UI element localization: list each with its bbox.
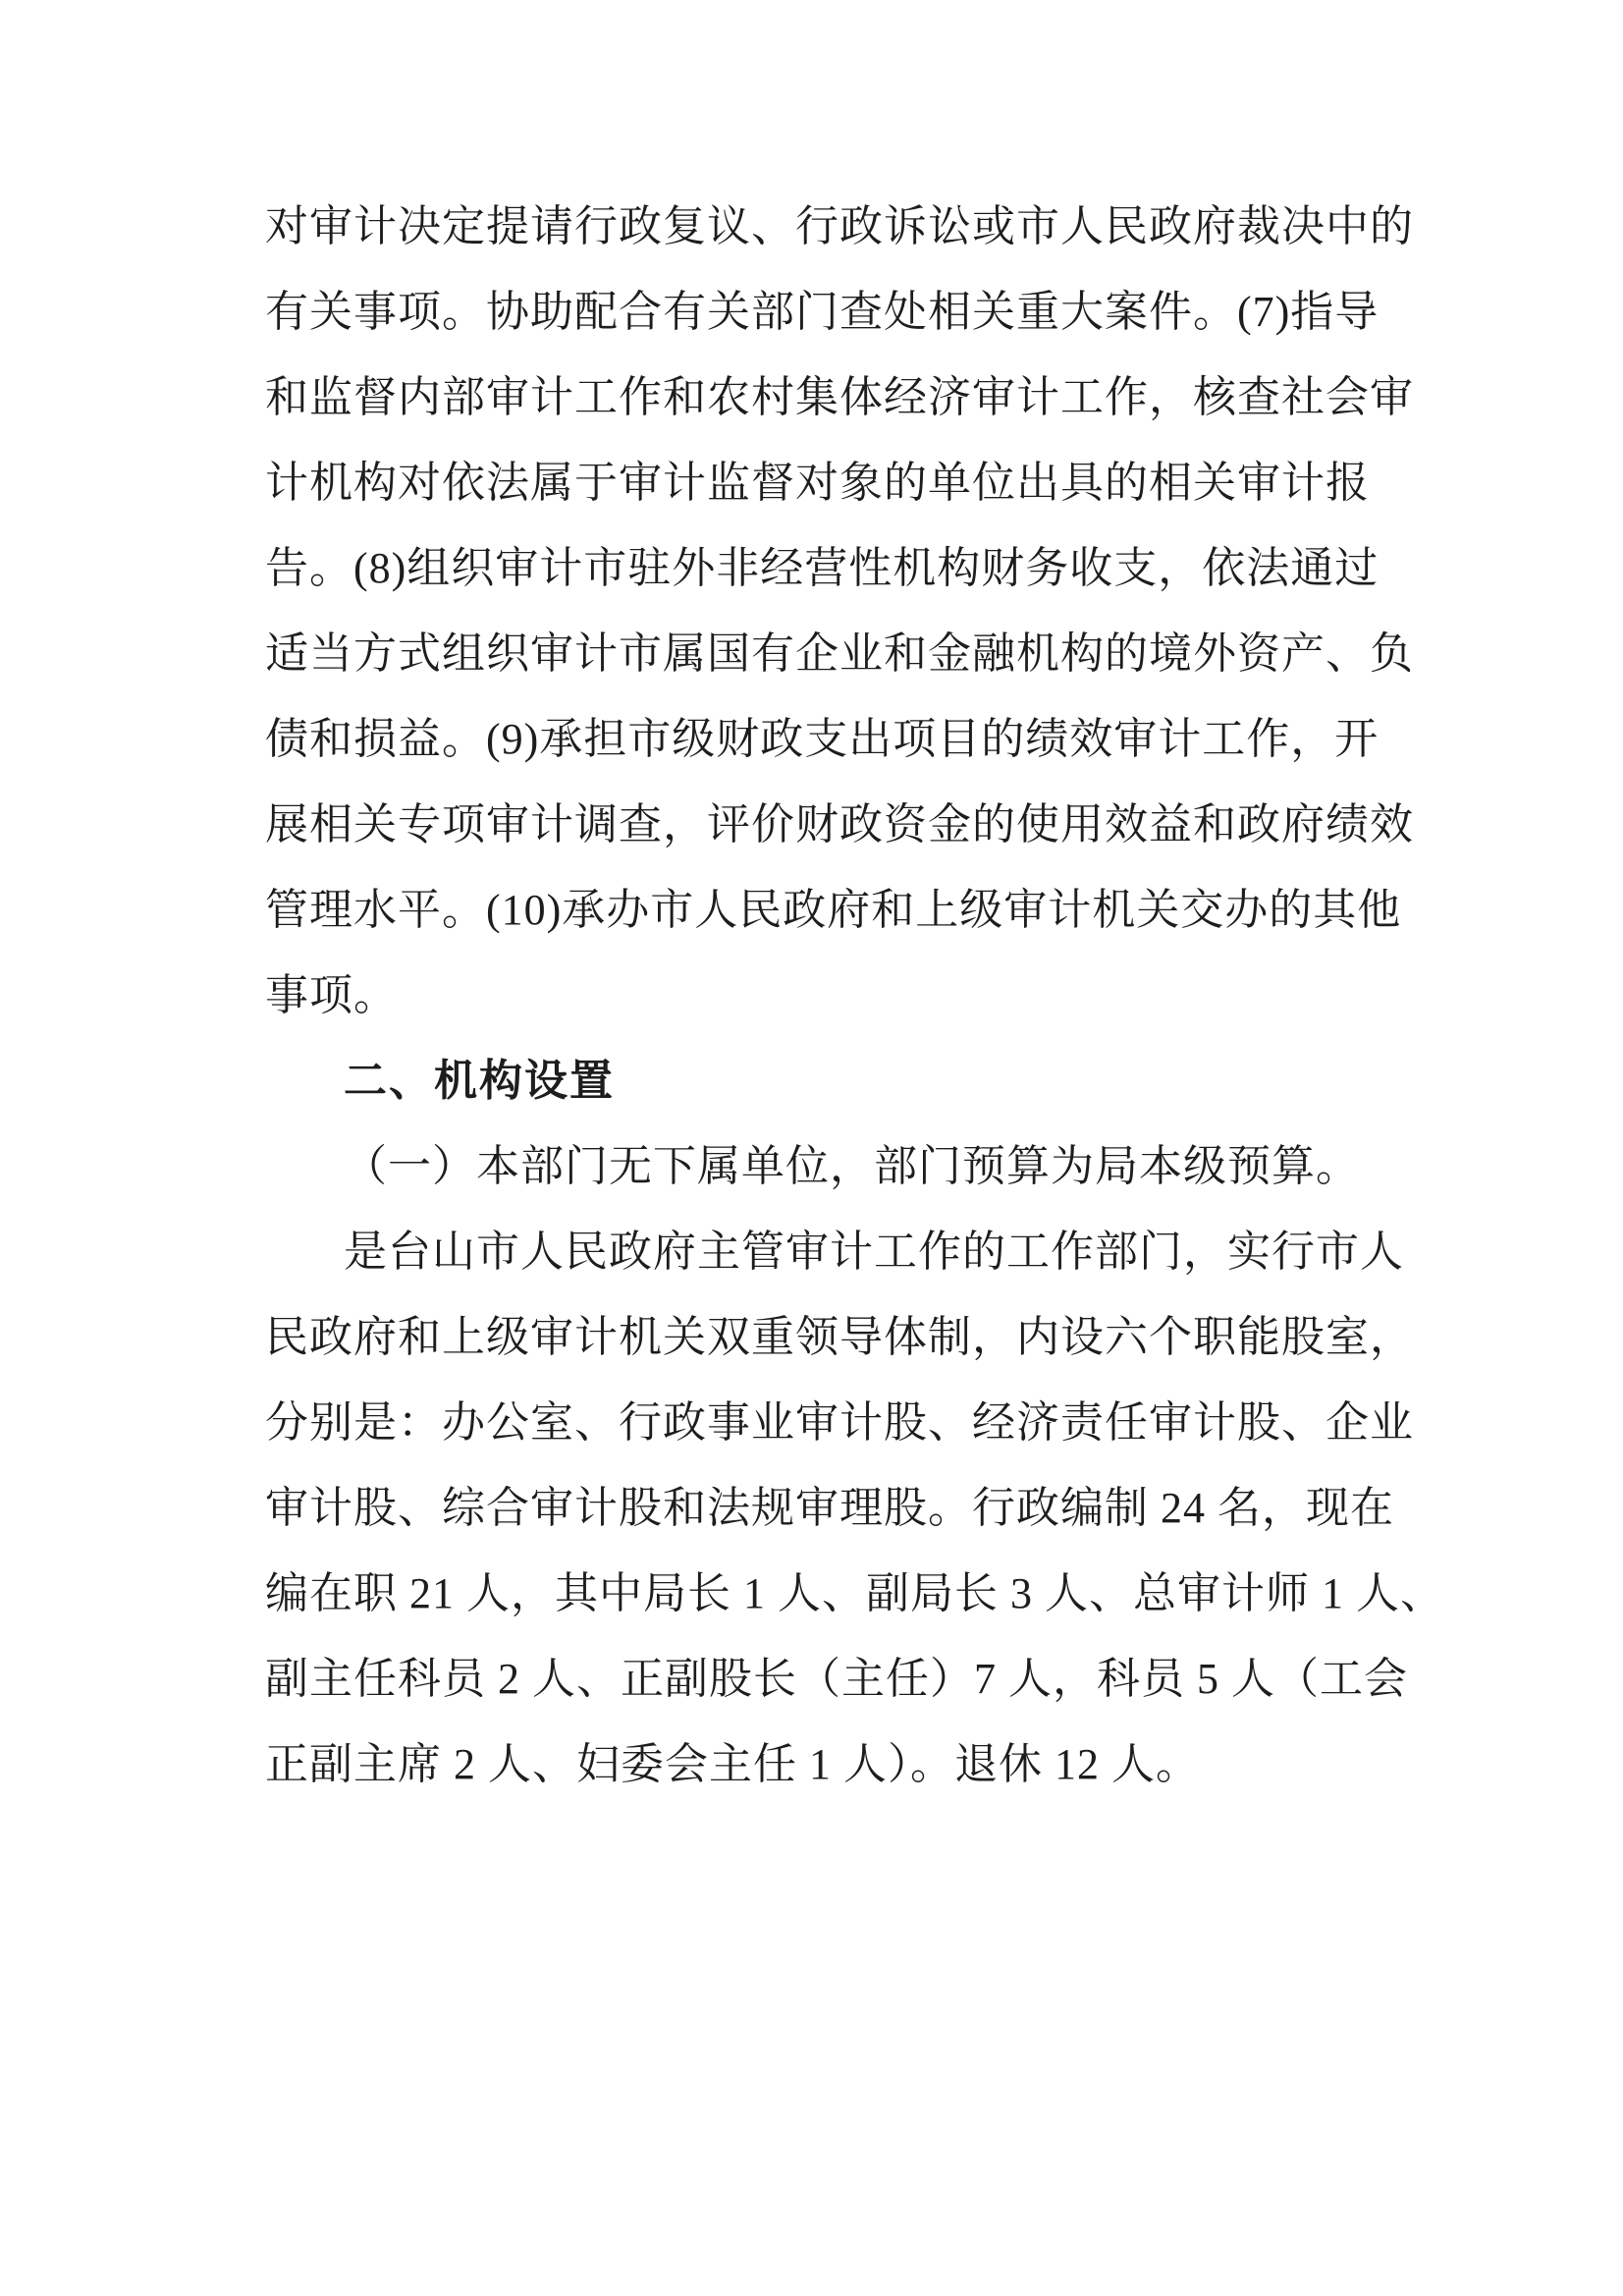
body-text-line: 是台山市人民政府主管审计工作的工作部门，实行市人 [265, 1209, 1404, 1294]
document-body: 对审计决定提请行政复议、行政诉讼或市人民政府裁决中的 有关事项。协助配合有关部门… [265, 184, 1404, 1807]
body-text-line: 和监督内部审计工作和农村集体经济审计工作，核查社会审 [265, 355, 1404, 440]
body-text-line: 正副主席 2 人、妇委会主任 1 人）。退休 12 人。 [265, 1722, 1404, 1807]
body-text-line: 有关事项。协助配合有关部门查处相关重大案件。(7)指导 [265, 269, 1404, 355]
body-text-line: 副主任科员 2 人、正副股长（主任）7 人，科员 5 人（工会 [265, 1636, 1404, 1722]
body-text-line: 告。(8)组织审计市驻外非经营性机构财务收支，依法通过 [265, 525, 1404, 611]
body-text-line: 民政府和上级审计机关双重领导体制，内设六个职能股室， [265, 1294, 1404, 1380]
body-text-line: 适当方式组织审计市属国有企业和金融机构的境外资产、负 [265, 611, 1404, 696]
body-text-line: （一）本部门无下属单位，部门预算为局本级预算。 [265, 1123, 1404, 1209]
body-text-line: 事项。 [265, 953, 1404, 1038]
body-text-line: 对审计决定提请行政复议、行政诉讼或市人民政府裁决中的 [265, 184, 1404, 269]
document-page: 对审计决定提请行政复议、行政诉讼或市人民政府裁决中的 有关事项。协助配合有关部门… [0, 0, 1623, 2296]
body-text-line: 展相关专项审计调查，评价财政资金的使用效益和政府绩效 [265, 782, 1404, 867]
body-text-line: 管理水平。(10)承办市人民政府和上级审计机关交办的其他 [265, 867, 1404, 953]
body-text-line: 分别是：办公室、行政事业审计股、经济责任审计股、企业 [265, 1380, 1404, 1465]
section-heading: 二、机构设置 [265, 1038, 1404, 1123]
body-text-line: 编在职 21 人，其中局长 1 人、副局长 3 人、总审计师 1 人、 [265, 1551, 1404, 1636]
body-text-line: 计机构对依法属于审计监督对象的单位出具的相关审计报 [265, 440, 1404, 525]
body-text-line: 债和损益。(9)承担市级财政支出项目的绩效审计工作，开 [265, 696, 1404, 782]
body-text-line: 审计股、综合审计股和法规审理股。行政编制 24 名，现在 [265, 1465, 1404, 1551]
